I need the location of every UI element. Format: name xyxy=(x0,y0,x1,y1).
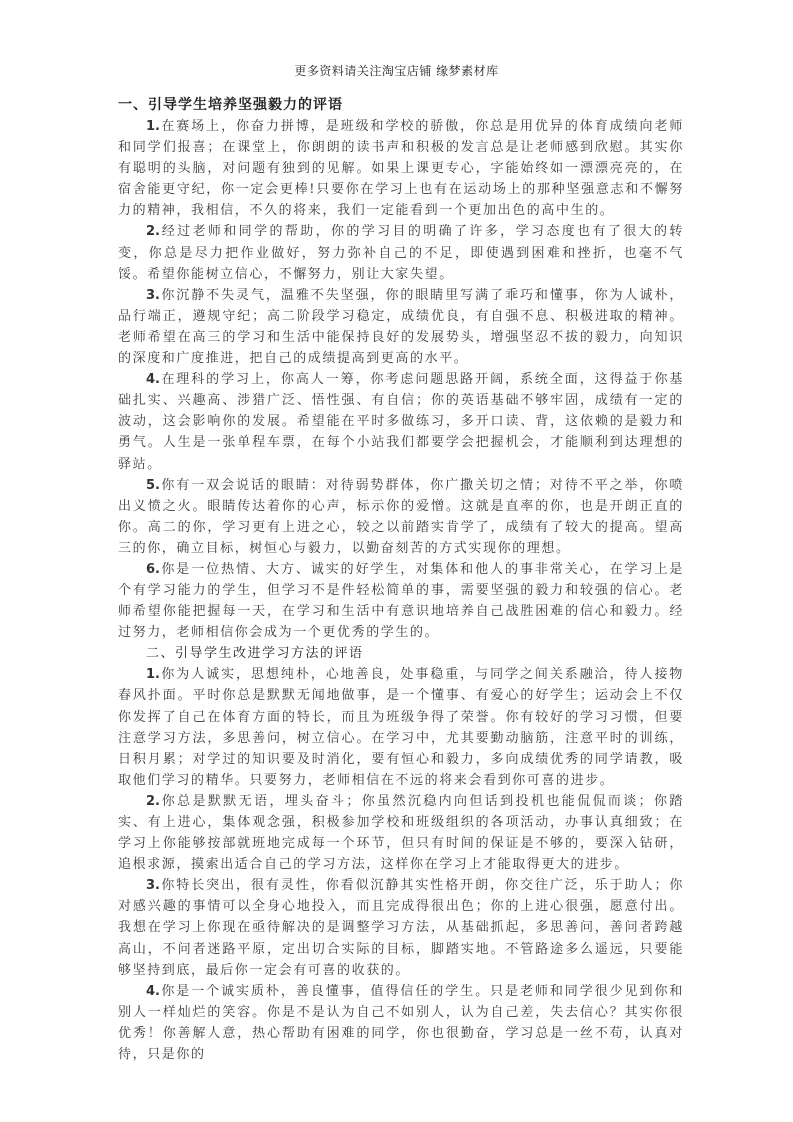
paragraph-number: 1. xyxy=(146,119,160,134)
paragraph: 4.在理科的学习上，你高人一筹，你考虑问题思路开阔，系统全面，这得益于你基础扎实… xyxy=(118,369,684,474)
paragraph: 3.你特长突出，很有灵性，你看似沉静其实性格开朗，你交往广泛，乐于助人；你对感兴… xyxy=(118,875,684,980)
paragraph-text: 你有一双会说话的眼睛：对待弱势群体，你广撒关切之情；对待不平之举，你喷出义愤之火… xyxy=(118,478,684,556)
paragraph-number: 3. xyxy=(146,878,160,893)
paragraph-number: 6. xyxy=(146,562,160,577)
paragraph: 2.你总是默默无语，埋头奋斗；你虽然沉稳内向但话到投机也能侃侃而谈；你踏实、有上… xyxy=(118,791,684,875)
paragraph-text: 经过老师和同学的帮助，你的学习目的明确了许多，学习态度也有了很大的转变，你总是尽… xyxy=(118,224,684,281)
paragraph-text: 你沉静不失灵气，温雅不失坚强，你的眼睛里写满了乖巧和懂事，你为人诚朴，品行端正，… xyxy=(118,288,684,366)
paragraph-number: 2. xyxy=(146,224,160,239)
document-body: 一、引导学生培养坚强毅力的评语 1.在赛场上，你奋力拼博，是班级和学校的骄傲，你… xyxy=(118,95,684,1065)
paragraph: 3.你沉静不失灵气，温雅不失坚强，你的眼睛里写满了乖巧和懂事，你为人诚朴，品行端… xyxy=(118,285,684,369)
paragraph-text: 你总是默默无语，埋头奋斗；你虽然沉稳内向但话到投机也能侃侃而谈；你踏实、有上进心… xyxy=(118,794,684,872)
paragraph: 2.经过老师和同学的帮助，你的学习目的明确了许多，学习态度也有了很大的转变，你总… xyxy=(118,221,684,284)
paragraph-text: 你特长突出，很有灵性，你看似沉静其实性格开朗，你交往广泛，乐于助人；你对感兴趣的… xyxy=(118,878,684,977)
paragraph: 5.你有一双会说话的眼睛：对待弱势群体，你广撒关切之情；对待不平之举，你喷出义愤… xyxy=(118,475,684,559)
paragraph-number: 4. xyxy=(146,372,160,387)
paragraph: 1.你为人诚实，思想纯朴，心地善良，处事稳重，与同学之间关系融洽，待人接物春风扑… xyxy=(118,664,684,791)
paragraph: 4.你是一个诚实质朴，善良懂事，值得信任的学生。只是老师和同学很少见到你和别人一… xyxy=(118,981,684,1065)
section-heading-2: 二、引导学生改进学习方法的评语 xyxy=(118,643,684,664)
page-header: 更多资料请关注淘宝店铺 缘梦素材库 xyxy=(0,62,793,79)
paragraph-text: 在赛场上，你奋力拼博，是班级和学校的骄傲，你总是用优异的体育成绩向老师和同学们报… xyxy=(118,119,684,218)
paragraph-text: 你是一位热情、大方、诚实的好学生，对集体和他人的事非常关心，在学习上是个有学习能… xyxy=(118,562,684,640)
paragraph-text: 在理科的学习上，你高人一筹，你考虑问题思路开阔，系统全面，这得益于你基础扎实、兴… xyxy=(118,372,684,471)
paragraph-text: 你是一个诚实质朴，善良懂事，值得信任的学生。只是老师和同学很少见到你和别人一样灿… xyxy=(118,984,684,1062)
paragraph-text: 你为人诚实，思想纯朴，心地善良，处事稳重，与同学之间关系融洽，待人接物春风扑面。… xyxy=(118,667,684,787)
paragraph: 6.你是一位热情、大方、诚实的好学生，对集体和他人的事非常关心，在学习上是个有学… xyxy=(118,559,684,643)
paragraph-number: 1. xyxy=(146,667,160,682)
paragraph-number: 3. xyxy=(146,288,160,303)
paragraph-number: 2. xyxy=(146,794,160,809)
paragraph-number: 5. xyxy=(146,478,160,493)
paragraph: 1.在赛场上，你奋力拼博，是班级和学校的骄傲，你总是用优异的体育成绩向老师和同学… xyxy=(118,116,684,221)
paragraph-number: 4. xyxy=(146,984,160,999)
section-heading-1: 一、引导学生培养坚强毅力的评语 xyxy=(118,95,684,116)
